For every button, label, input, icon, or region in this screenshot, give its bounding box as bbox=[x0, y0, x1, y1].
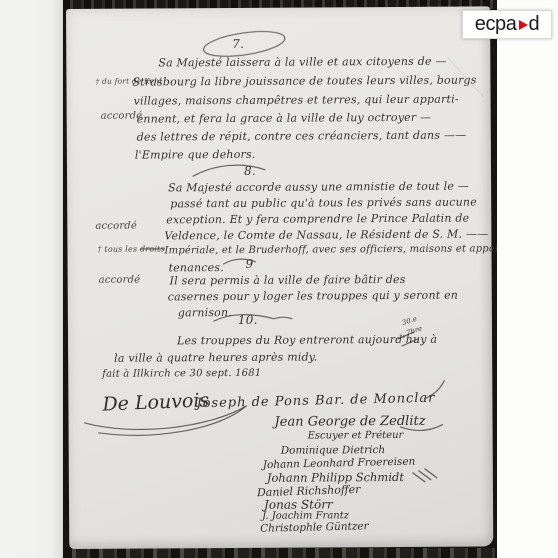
ecpad-logo: ecpa d bbox=[462, 10, 552, 39]
signature-schmidt: Johann Philipp Schmidt bbox=[267, 470, 404, 485]
signature-froereisen: Johann Leonhard Froereisen bbox=[263, 456, 416, 472]
section-10-line-2: la ville à quatre heures après midy. bbox=[114, 350, 317, 364]
ecpad-logo-text-right: d bbox=[529, 13, 540, 36]
section-7-line-6: l'Empire que dehors. bbox=[135, 148, 256, 162]
signature-title-escuyer: Escuyer et Préteur bbox=[308, 430, 404, 442]
section-8-line-5: Impériale, et le Bruderhoff, avec ses of… bbox=[164, 243, 503, 256]
section-8-line-6: tenances. bbox=[169, 261, 224, 274]
print-margin-right bbox=[497, 0, 558, 558]
margin-note-accorde-9: accordé bbox=[99, 275, 141, 286]
archive-photo-print: 7. † du fort de Kehl accordé Sa Majesté … bbox=[0, 0, 558, 558]
signature-dietrich: Dominique Dietrich bbox=[281, 444, 386, 457]
manuscript-page: 7. † du fort de Kehl accordé Sa Majesté … bbox=[66, 6, 493, 549]
section-7-line-3: villages, maisons champêtres et terres, … bbox=[134, 93, 459, 108]
margin-note-accorde-8: accordé bbox=[95, 221, 137, 232]
section-7-line-4: ennent, et fera la grace à la ville de l… bbox=[137, 111, 432, 126]
section-7-line-5: des lettres de répit, contre ces créanci… bbox=[137, 129, 467, 144]
signature-louvois: De Louvois bbox=[102, 389, 210, 415]
dateline: fait à Illkirch ce 30 sept. 1681 bbox=[102, 368, 261, 380]
section-10-line-1: Les trouppes du Roy entreront aujourd'hu… bbox=[177, 333, 437, 348]
margin-note-tous-les: † tous les droits bbox=[97, 244, 164, 253]
section-9-number: 9 bbox=[246, 257, 254, 271]
section-8-number: 8. bbox=[244, 164, 256, 178]
section-7-line-1: Sa Majesté laissera à la ville et aux ci… bbox=[158, 55, 446, 70]
ecpad-logo-text-left: ecpa bbox=[475, 13, 517, 36]
margin-note-struck-word: droits bbox=[140, 244, 165, 253]
photo-bottom-edge-texture bbox=[63, 548, 497, 558]
section-7-number: 7. bbox=[232, 37, 244, 51]
margin-note-tous-les-text: † tous les bbox=[97, 245, 137, 254]
section-8-line-2: passé tant au public qu'à tous les privé… bbox=[170, 195, 477, 210]
section-9-line-3: garnison. bbox=[178, 306, 232, 319]
print-margin-left bbox=[0, 0, 63, 558]
signature-guntzer: Christophle Güntzer bbox=[260, 520, 369, 535]
section-7-line-2: Strasbourg la libre jouissance de toutes… bbox=[132, 73, 476, 88]
section-10-number: 10. bbox=[238, 313, 258, 327]
section-8-line-1: Sa Majesté accorde aussy une amnistie de… bbox=[168, 180, 469, 195]
section-8-line-3: exception. Et y fera comprendre le Princ… bbox=[166, 212, 469, 227]
section-8-line-4: Veldence, le Comte de Nassau, le Résiden… bbox=[164, 227, 488, 242]
section-9-line-2: casernes pour y loger les trouppes qui y… bbox=[168, 289, 458, 304]
section-9-line-1: Il sera permis à la ville de faire bâtir… bbox=[170, 273, 406, 287]
signature-zedlitz: Jean George de Zedlitz bbox=[274, 414, 425, 430]
play-triangle-icon bbox=[519, 20, 528, 30]
photograph-area: 7. † du fort de Kehl accordé Sa Majesté … bbox=[63, 0, 497, 558]
signature-monclar: Joseph de Pons Bar. de Monclar bbox=[196, 391, 435, 412]
